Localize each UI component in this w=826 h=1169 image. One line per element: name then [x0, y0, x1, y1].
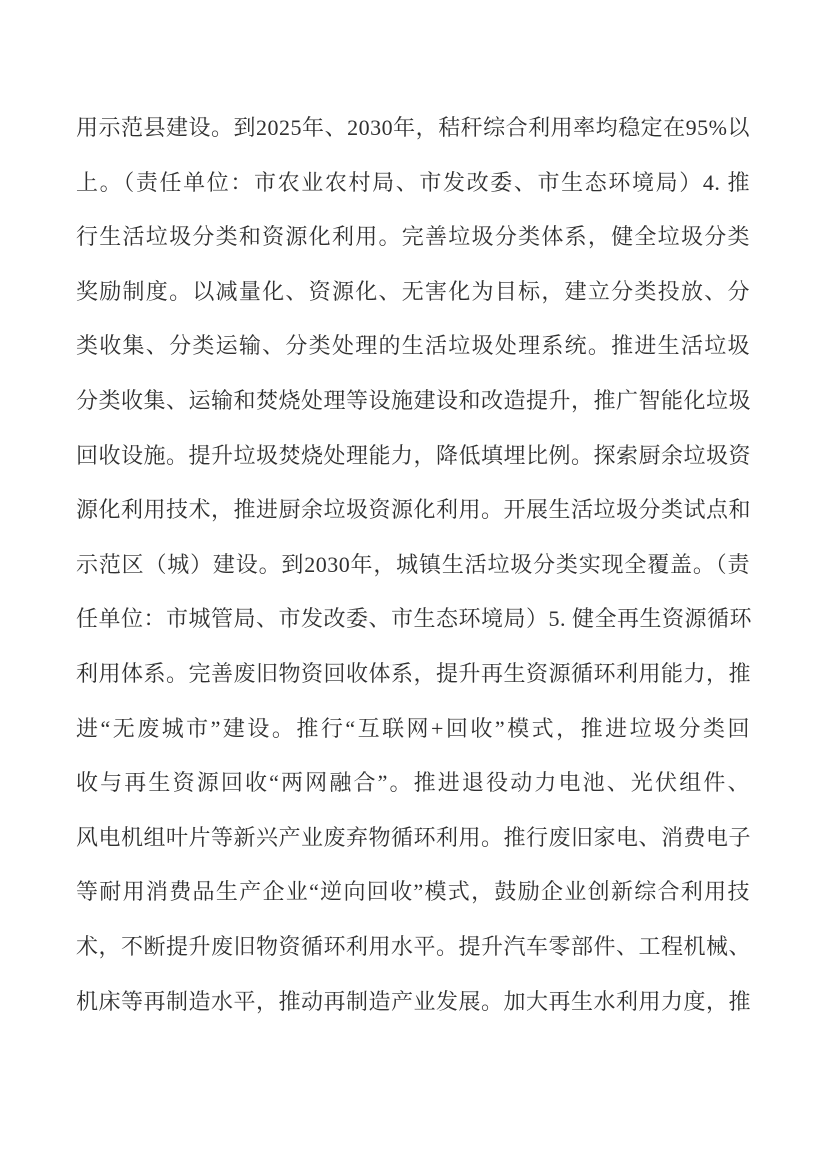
- text-line: 奖励制度。以减量化、资源化、无害化为目标，建立分类投放、分: [76, 265, 750, 320]
- text-line: 分类收集、运输和焚烧处理等设施建设和改造提升，推广智能化垃圾: [76, 374, 750, 429]
- text-line: 用示范县建设。到2025年、2030年，秸秆综合利用率均稳定在95%以: [76, 101, 750, 156]
- text-line: 术，不断提升废旧物资循环利用水平。提升汽车零部件、工程机械、: [76, 920, 750, 975]
- text-line: 进“无废城市”建设。推行“互联网+回收”模式，推进垃圾分类回: [76, 702, 750, 757]
- text-line: 类收集、分类运输、分类处理的生活垃圾处理系统。推进生活垃圾: [76, 319, 750, 374]
- document-text-block: 用示范县建设。到2025年、2030年，秸秆综合利用率均稳定在95%以 上。（责…: [76, 101, 750, 1029]
- text-line: 机床等再制造水平，推动再制造产业发展。加大再生水利用力度，推: [76, 975, 750, 1030]
- text-line: 利用体系。完善废旧物资回收体系，提升再生资源循环利用能力，推: [76, 647, 750, 702]
- text-line: 收与再生资源回收“两网融合”。推进退役动力电池、光伏组件、: [76, 756, 750, 811]
- text-line: 等耐用消费品生产企业“逆向回收”模式，鼓励企业创新综合利用技: [76, 865, 750, 920]
- document-page: 用示范县建设。到2025年、2030年，秸秆综合利用率均稳定在95%以 上。（责…: [0, 0, 826, 1169]
- text-line: 源化利用技术，推进厨余垃圾资源化利用。开展生活垃圾分类试点和: [76, 483, 750, 538]
- text-line: 示范区（城）建设。到2030年，城镇生活垃圾分类实现全覆盖。（责: [76, 538, 750, 593]
- text-line: 上。（责任单位：市农业农村局、市发改委、市生态环境局）4. 推: [76, 156, 750, 211]
- text-line: 回收设施。提升垃圾焚烧处理能力，降低填埋比例。探索厨余垃圾资: [76, 429, 750, 484]
- text-line: 任单位：市城管局、市发改委、市生态环境局）5. 健全再生资源循环: [76, 592, 750, 647]
- text-line: 风电机组叶片等新兴产业废弃物循环利用。推行废旧家电、消费电子: [76, 811, 750, 866]
- text-line: 行生活垃圾分类和资源化利用。完善垃圾分类体系，健全垃圾分类: [76, 210, 750, 265]
